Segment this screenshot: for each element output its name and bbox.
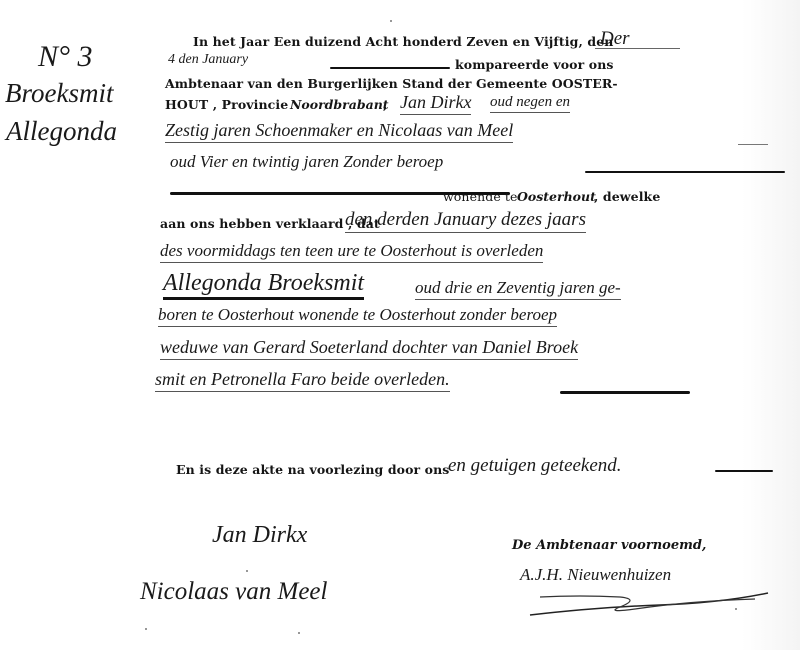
handwritten-line-11: boren te Oosterhout wonende te Oosterhou… xyxy=(158,305,557,327)
printed-comma: , xyxy=(383,97,387,112)
handwritten-line-9: des voormiddags ten teen ure te Oosterho… xyxy=(160,241,543,263)
wonende-prefix: wonende te xyxy=(443,189,518,204)
printed-line-4-prefix: HOUT , Provincie xyxy=(165,97,288,112)
fill-line xyxy=(738,144,768,145)
witness1-name: Jan Dirkx xyxy=(400,92,471,115)
fill-rule xyxy=(330,67,450,69)
handwritten-line-5: Zestig jaren Schoenmaker en Nicolaas van… xyxy=(165,120,513,143)
margin-surname: Broeksmit xyxy=(5,78,113,109)
scan-speck xyxy=(246,570,248,572)
signature-witness2: Nicolaas van Meel xyxy=(140,578,327,606)
margin-record-number: N° 3 xyxy=(38,40,93,74)
printed-closing: En is deze akte na voorlezing door ons xyxy=(176,462,449,477)
fill-rule xyxy=(715,470,773,472)
margin-given-name: Allegonda xyxy=(6,116,117,147)
printed-line-3: Ambtenaar van den Burgerlijken Stand der… xyxy=(165,76,618,91)
handwritten-date-month: 4 den January xyxy=(168,52,248,68)
handwritten-closing: en getuigen geteekend. xyxy=(448,455,622,477)
scan-speck xyxy=(145,628,147,630)
province-name: Noordbrabant xyxy=(290,97,389,112)
handwritten-date-day: Der xyxy=(600,28,630,50)
scan-speck xyxy=(390,20,392,22)
deceased-name: Allegonda Broeksmit xyxy=(163,270,364,300)
wonende-place: Oosterhout xyxy=(517,189,596,204)
signature-flourish xyxy=(520,585,780,625)
fill-rule xyxy=(585,171,785,173)
fill-line xyxy=(595,48,680,49)
signature-official: A.J.H. Nieuwenhuizen xyxy=(520,565,671,585)
signature-witness1: Jan Dirkx xyxy=(212,522,307,549)
printed-line-1: In het Jaar Een duizend Acht honderd Zev… xyxy=(193,34,613,49)
scan-speck xyxy=(735,608,737,610)
scan-speck xyxy=(298,632,300,634)
fill-rule xyxy=(560,391,690,394)
handwritten-line-13: smit en Petronella Faro beide overleden. xyxy=(155,369,450,392)
handwritten-line-8: den derden January dezes jaars xyxy=(345,209,586,233)
official-label: De Ambtenaar voornoemd, xyxy=(512,538,706,553)
handwritten-line-12: weduwe van Gerard Soeterland dochter van… xyxy=(160,337,578,360)
printed-line-2: kompareerde voor ons xyxy=(455,57,614,72)
handwritten-line-10: oud drie en Zeventig jaren ge- xyxy=(415,278,621,300)
witness1-age: oud negen en xyxy=(490,94,570,113)
page-edge-shade xyxy=(742,0,800,650)
handwritten-line-6: oud Vier en twintig jaren Zonder beroep xyxy=(170,152,443,172)
wonende-suffix: , dewelke xyxy=(594,189,660,204)
